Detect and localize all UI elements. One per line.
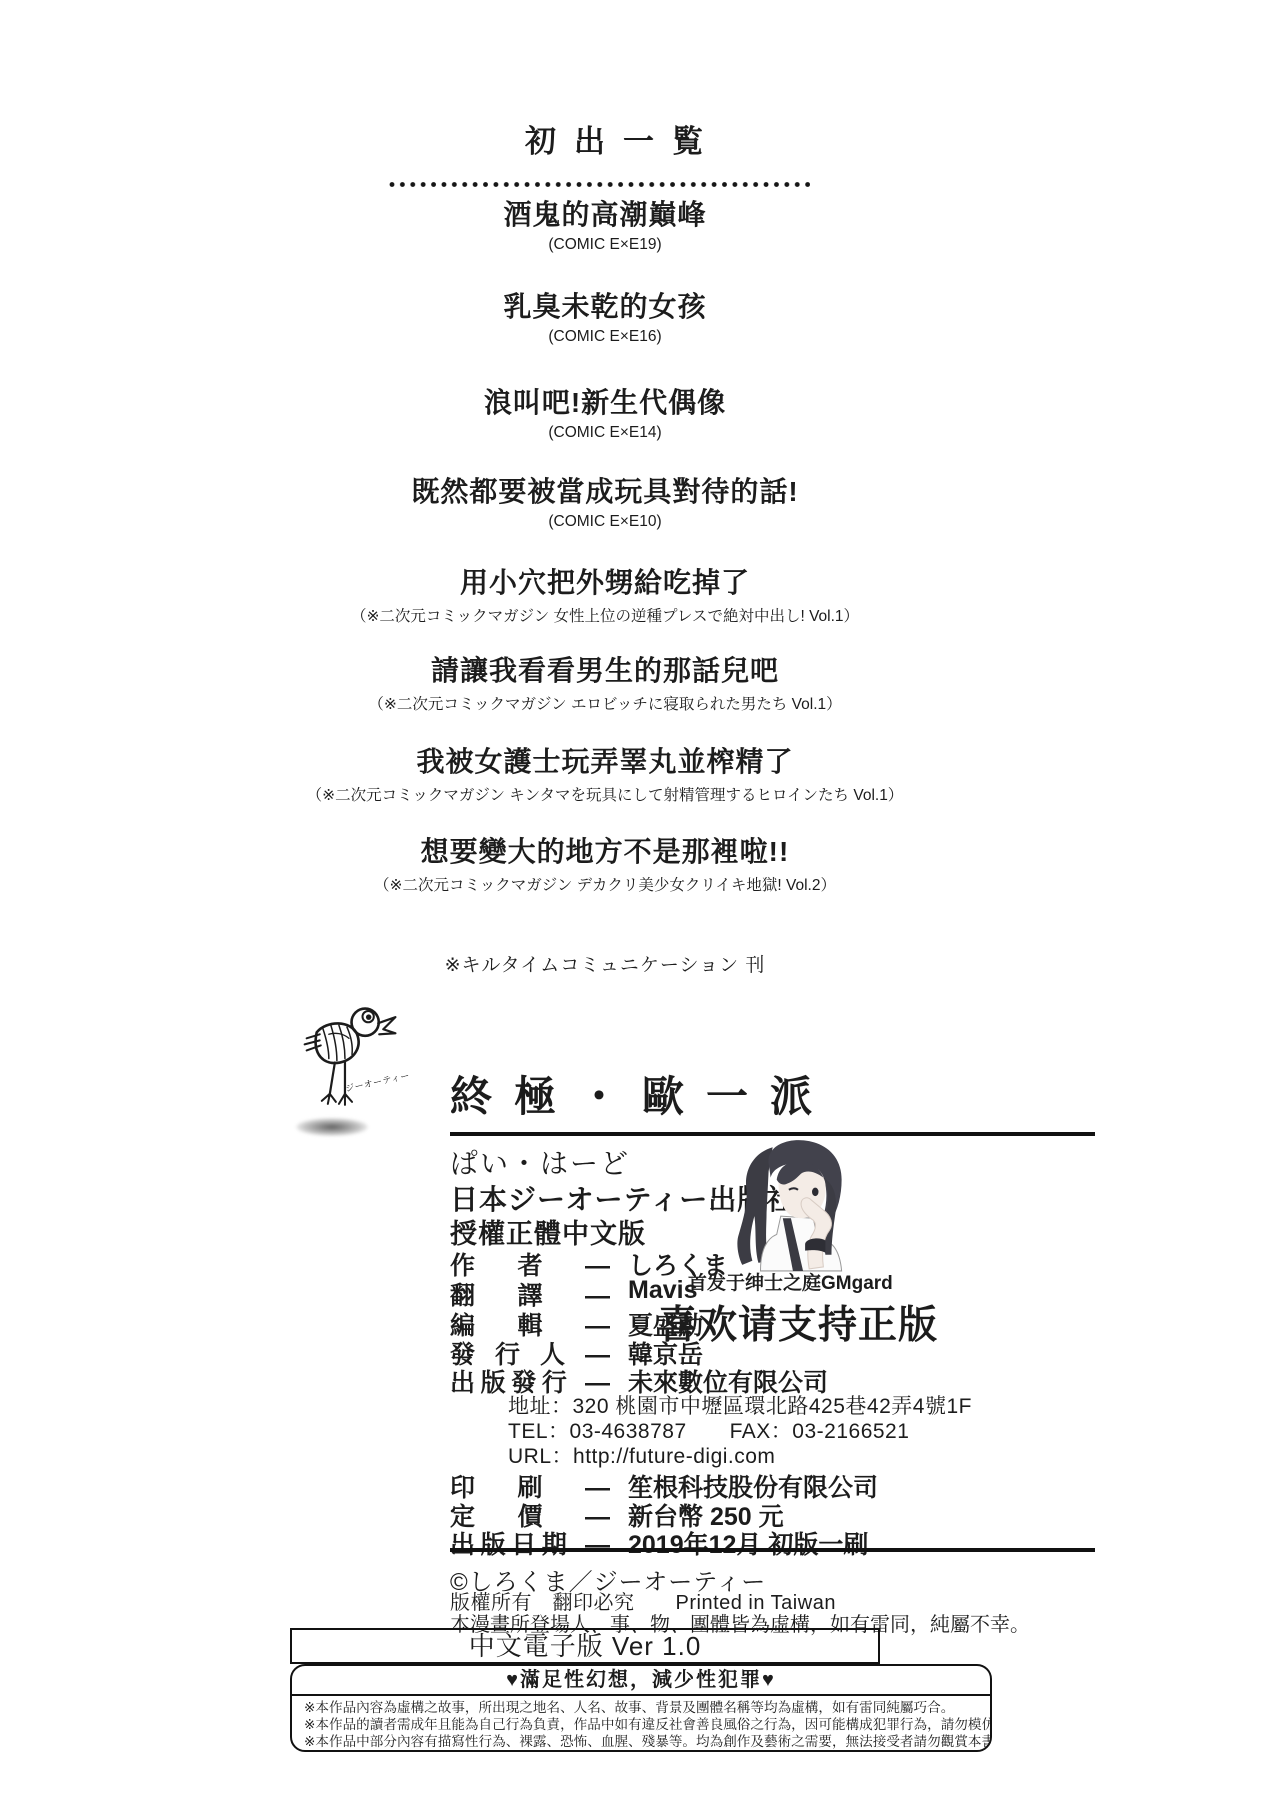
warning-line: ※本作品中部分內容有描寫性行為、裸露、恐怖、血腥、殘暴等。均為創作及藝術之需要，…	[304, 1733, 982, 1750]
content-warning-box: ♥滿足性幻想，減少性犯罪♥ ※本作品內容為虛構之故事，所出現之地名、人名、故事、…	[290, 1664, 992, 1752]
double-rule	[450, 1548, 1095, 1552]
publication-entry: 我被女護士玩弄睪丸並榨精了 （※二次元コミックマガジン キンタマを玩具にして射精…	[0, 746, 1210, 805]
entry-title: 請讓我看看男生的那話兒吧	[0, 655, 1210, 687]
credit-row-publisher: 出版發行 ― 未來數位有限公司	[450, 1363, 1110, 1393]
scanlation-watermark-slogan: 喜欢请支持正版	[658, 1294, 938, 1350]
entry-title: 用小穴把外甥給吃掉了	[0, 567, 1210, 599]
publication-entry: 乳臭未乾的女孩 (COMIC E×E16)	[0, 291, 1210, 346]
publication-entry: 浪叫吧!新生代偶像 (COMIC E×E14)	[0, 387, 1210, 442]
entry-source: (COMIC E×E16)	[0, 328, 1210, 346]
entry-title: 我被女護士玩弄睪丸並榨精了	[0, 746, 1210, 778]
credit-row-price: 定 價 ― 新台幣 250 元	[450, 1497, 1110, 1527]
entry-source: （※二次元コミックマガジン エロビッチに寝取られた男たち Vol.1）	[0, 692, 1210, 714]
mascot-illustration	[726, 1136, 868, 1272]
warning-line: ※本作品的讀者需成年且能為自己行為負責，作品中如有違反社會善良風俗之行為，因可能…	[304, 1716, 982, 1733]
book-title-kana: ぱい・はーど	[450, 1142, 630, 1182]
entry-source: （※二次元コミックマガジン キンタマを玩具にして射精管理するヒロインたち Vol…	[0, 783, 1210, 805]
publication-entry: 酒鬼的高潮巔峰 (COMIC E×E19)	[0, 199, 1210, 254]
credit-row-printer: 印 刷 ― 笙根科技股份有限公司	[450, 1468, 1110, 1498]
entry-source: （※二次元コミックマガジン 女性上位の逆種プレスで絶対中出し! Vol.1）	[0, 604, 1210, 626]
dotted-divider	[389, 181, 810, 189]
entry-title: 酒鬼的高潮巔峰	[0, 199, 1210, 231]
publisher-url: URL：http://future-digi.com	[508, 1440, 775, 1470]
scanlation-watermark-source: 首发于绅士之庭GMgard	[688, 1268, 893, 1295]
digital-version-box: 中文電子版 Ver 1.0	[290, 1628, 880, 1664]
book-title: 終極・歐一派	[450, 1072, 834, 1122]
entry-source: (COMIC E×E19)	[0, 236, 1210, 254]
entry-title: 既然都要被當成玩具對待的話!	[0, 476, 1210, 508]
entry-source: (COMIC E×E14)	[0, 424, 1210, 442]
first-publication-title: 初出一覧	[0, 116, 1228, 161]
entry-title: 乳臭未乾的女孩	[0, 291, 1210, 323]
got-bird-logo-icon	[298, 1000, 400, 1116]
credit-value: 2019年12月 初版一刷	[628, 1525, 868, 1561]
publication-entry: 想要變大的地方不是那裡啦!! （※二次元コミックマガジン デカクリ美少女クリイキ…	[0, 836, 1210, 895]
publication-entry: 既然都要被當成玩具對待的話! (COMIC E×E10)	[0, 476, 1210, 531]
original-publisher-note: ※キルタイムコミュニケーション 刊	[0, 950, 1210, 977]
manga-credits-page: 初出一覧 酒鬼的高潮巔峰 (COMIC E×E19) 乳臭未乾的女孩 (COMI…	[0, 0, 1280, 1796]
entry-title: 浪叫吧!新生代偶像	[0, 387, 1210, 419]
entry-title: 想要變大的地方不是那裡啦!!	[0, 836, 1210, 868]
credit-label: 出版日期 ―	[450, 1525, 610, 1561]
warning-line: ※本作品內容為虛構之故事，所出現之地名、人名、故事、背景及團體名稱等均為虛構，如…	[304, 1699, 982, 1716]
warning-lines: ※本作品內容為虛構之故事，所出現之地名、人名、故事、背景及團體名稱等均為虛構，如…	[292, 1696, 990, 1750]
entry-source: （※二次元コミックマガジン デカクリ美少女クリイキ地獄! Vol.2）	[0, 873, 1210, 895]
digital-version-label: 中文電子版 Ver 1.0	[469, 1631, 702, 1661]
publication-entry: 用小穴把外甥給吃掉了 （※二次元コミックマガジン 女性上位の逆種プレスで絶対中出…	[0, 567, 1210, 626]
bird-shadow	[296, 1118, 368, 1136]
entry-source: (COMIC E×E10)	[0, 513, 1210, 531]
warning-slogan: ♥滿足性幻想，減少性犯罪♥	[292, 1666, 990, 1696]
publication-entry: 請讓我看看男生的那話兒吧 （※二次元コミックマガジン エロビッチに寝取られた男た…	[0, 655, 1210, 714]
